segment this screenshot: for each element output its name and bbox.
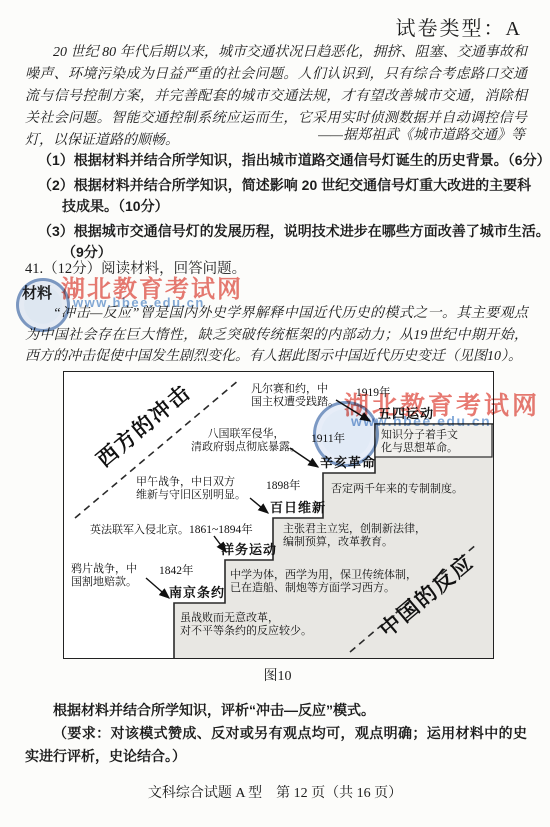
figure-caption: 图10 <box>63 665 492 685</box>
response-hundred-days-reform: 主张君主立宪，创制新法律， 编制预算，改革教育。 <box>283 523 426 549</box>
watermark-site-url: www.hbee.edu.cn <box>73 295 205 310</box>
year-1861-1894: 1861~1894年 <box>189 524 253 536</box>
year-1898: 1898年 <box>266 480 301 493</box>
impact-eight-nation-alliance: 八国联军侵华， 清政府弱点彻底暴露。 <box>191 428 301 454</box>
impact-opium-war: 鸦片战争，中 国割地赔款。 <box>71 563 137 589</box>
question-2: （2）根据材料并结合所学知识，简述影响 20 世纪交通信号灯重大改进的主要科技成… <box>38 175 540 217</box>
question-1: （1）根据材料并结合所学知识，指出城市道路交通信号灯诞生的历史背景。（6分） <box>38 150 550 171</box>
material-paragraph: “冲击—反应”曾是国内外史学界解释中国近代历史的模式之一。其主要观点为中国社会存… <box>25 303 528 368</box>
step-nanjing-treaty: 南京条约 <box>169 586 225 599</box>
step-hundred-days-reform: 百日维新 <box>270 501 326 514</box>
page-footer: 文科综合试题 A 型 第 12 页（共 16 页） <box>0 782 550 802</box>
step-self-strengthening: 洋务运动 <box>221 543 277 556</box>
response-self-strengthening: 中学为体，西学为用，保卫传统体制， 已在造船、制炮等方面学习西方。 <box>230 569 422 595</box>
arrow-to-nanjing-treaty <box>146 578 169 598</box>
impact-anglo-french-invasion: 英法联军入侵北京。1861~1894年 <box>90 524 253 537</box>
arrow-to-hundred-days-reform <box>250 498 268 513</box>
response-nanjing-treaty: 虽战败而无意改革， 对不平等条约的反应较少。 <box>180 612 312 638</box>
question-41-requirement: （要求：对该模式赞成、反对或另有观点均可，观点明确；运用材料中的史实进行评析，史… <box>25 722 527 768</box>
year-1842: 1842年 <box>159 565 194 578</box>
question-41-task: 根据材料并结合所学知识，评析“冲击—反应”模式。 <box>25 699 527 721</box>
impact-sino-japanese-war: 甲午战争，中日双方 维新与守旧区别明显。 <box>136 476 246 502</box>
watermark-site-url: www.hbee.edu.cn <box>351 413 491 429</box>
response-may-fourth-movement: 知识分子着手文 化与思想革命。 <box>381 429 458 455</box>
impact-versailles-treaty: 凡尔赛和约，中 国主权遭受践踏。 <box>251 383 339 409</box>
exam-page: 试卷类型：A 20 世纪 80 年代后期以来，城市交通状况日趋恶化，拥挤、阻塞、… <box>0 0 550 827</box>
response-xinhai-revolution: 否定两千年来的专制制度。 <box>331 483 463 496</box>
paper-type-label: 试卷类型：A <box>396 12 522 41</box>
impact-text: 英法联军入侵北京。 <box>90 524 189 536</box>
source-attribution: ——据郑祖武《城市道路交通》等 <box>25 124 525 144</box>
